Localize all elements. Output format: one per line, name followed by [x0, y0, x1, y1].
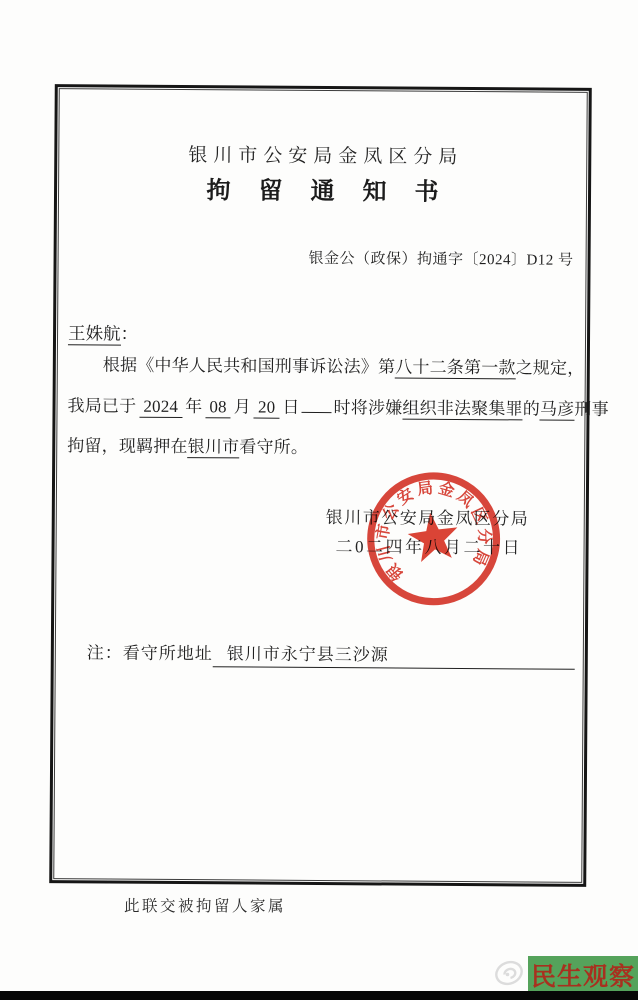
- document-inner-border: [53, 88, 588, 883]
- official-seal-stamp: 银川市公安局金凤区分局: [362, 467, 505, 610]
- recipient-colon: ：: [120, 324, 138, 344]
- body-text: 我局已于: [67, 396, 136, 415]
- month-field: 08: [205, 397, 231, 418]
- body-text: 的: [523, 399, 540, 418]
- legal-article-field: 八十二条第一款: [395, 358, 516, 380]
- body-text: 月: [234, 397, 251, 416]
- detention-place-field: 银川市: [188, 437, 240, 458]
- recipient-line: 王姝航：: [68, 320, 138, 345]
- document-title: 拘留通知书: [57, 169, 588, 208]
- year-field: 2024: [139, 396, 182, 417]
- body-line-2: 我局已于2024年08月20日时将涉嫌组织非法聚集罪的马彦刑事: [67, 386, 593, 430]
- issuing-agency-title: 银川市公安局金凤区分局: [57, 139, 588, 170]
- body-text: 之规定，: [516, 358, 585, 377]
- document-number: 银金公（政保）拘通字〔2024〕D12 号: [308, 247, 573, 270]
- recipient-name: 王姝航: [68, 323, 121, 345]
- body-paragraph: 根据《中华人民共和国刑事诉讼法》第八十二条第一款之规定， 我局已于2024年08…: [67, 345, 594, 470]
- note-line: 注：看守所地址银川市永宁县三沙源: [87, 638, 575, 669]
- body-line-1: 根据《中华人民共和国刑事诉讼法》第八十二条第一款之规定，: [68, 345, 594, 389]
- body-text: 日: [282, 397, 299, 416]
- body-line-3: 拘留，现羁押在银川市看守所。: [67, 426, 593, 470]
- document-border-frame: 银川市公安局金凤区分局 拘留通知书 银金公（政保）拘通字〔2024〕D12 号 …: [49, 84, 592, 887]
- body-text: 根据《中华人民共和国刑事诉讼法》第: [103, 355, 396, 376]
- body-text: 看守所。: [239, 437, 308, 456]
- detention-address-value: 银川市永宁县三沙源: [227, 644, 389, 664]
- detainee-name-field: 马彦: [540, 399, 575, 420]
- body-text: 年: [185, 397, 202, 416]
- crime-field: 组织非法聚集罪: [402, 398, 523, 420]
- watermark-badge: 民生观察: [491, 953, 638, 993]
- detention-address-field: 银川市永宁县三沙源: [213, 639, 575, 670]
- document-photo-page: 银川市公安局金凤区分局 拘留通知书 银金公（政保）拘通字〔2024〕D12 号 …: [0, 0, 638, 1000]
- day-field: 20: [254, 397, 280, 418]
- watermark-text: 民生观察: [531, 957, 635, 993]
- seal-star-icon: [405, 509, 461, 563]
- body-text: 拘留，现羁押在: [67, 436, 188, 456]
- bottom-black-bar: [0, 991, 638, 1000]
- body-text: 刑事: [574, 399, 609, 418]
- body-text: 时将涉嫌: [334, 398, 403, 417]
- hour-blank-field: [302, 395, 332, 413]
- weibo-eye-icon: [491, 953, 527, 991]
- note-label: 注：看守所地址: [87, 643, 213, 663]
- watermark-box: 民生观察: [528, 956, 638, 993]
- copy-distribution-note: 此联交被拘留人家属: [124, 894, 286, 916]
